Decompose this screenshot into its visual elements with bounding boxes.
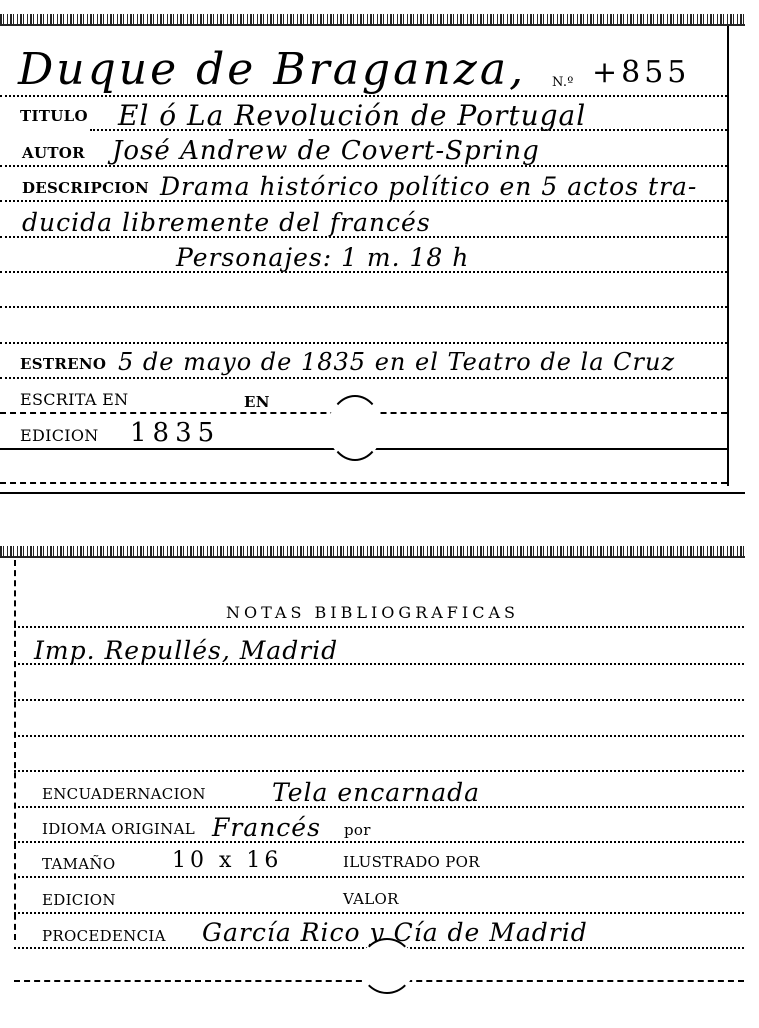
notes-rule-4 [14,770,744,772]
estreno-rule [0,377,727,379]
tamano-label: TAMAÑO [42,857,115,872]
card-bottom-rule [0,482,727,484]
idioma-original-label: IDIOMA ORIGINAL [42,822,195,837]
title-rule [0,95,727,97]
scan-edge-top [0,14,745,24]
estreno-value: 5 de mayo de 1835 en el Teatro de la Cru… [118,350,675,374]
notes-heading: NOTAS BIBLIOGRAFICAS [226,603,519,622]
descripcion-value-line3: Personajes: 1 m. 18 h [176,245,469,270]
ilustrado-por-label: ILUSTRADO POR [343,855,480,870]
card-bottom-edge [0,492,745,494]
number-value: +855 [592,58,690,88]
catalog-card-front: Duque de Braganza, N.º +855 TITULO El ó … [0,0,759,500]
catalog-card-back: NOTAS BIBLIOGRAFICAS Imp. Repullés, Madr… [0,540,759,1028]
edicion-rule [14,912,744,914]
blank-rule-1 [0,306,727,308]
punch-hole [328,395,382,461]
encuadernacion-label: ENCUADERNACION [42,787,206,802]
encuadernacion-rule [14,806,744,808]
autor-label: AUTOR [22,146,85,161]
descripcion-rule-3 [0,271,727,273]
escrita-en-second-label: EN [244,395,270,410]
note-line-1: Imp. Repullés, Madrid [34,638,338,663]
titulo-value: El ó La Revolución de Portugal [118,102,586,130]
titulo-label: TITULO [20,109,88,124]
scan-edge-top [0,546,745,556]
encuadernacion-value: Tela encarnada [272,780,480,805]
notes-rule-2 [14,699,744,701]
escrita-en-label: ESCRITA EN [20,392,128,408]
number-label: N.º [552,76,574,89]
play-title: Duque de Braganza, [18,48,526,92]
card-left-border [14,560,16,940]
edicion-label: EDICION [20,428,99,444]
notes-rule-0 [14,626,744,628]
idioma-original-rule [14,841,744,843]
edicion-label: EDICION [42,893,116,908]
punch-hole [360,938,414,994]
tamano-value: 10 x 16 [172,850,282,872]
edicion-value: 1835 [130,420,220,446]
descripcion-label: DESCRIPCION [22,181,149,196]
descripcion-rule-2 [0,236,727,238]
autor-rule [0,165,727,167]
notes-rule-1 [14,663,744,665]
estreno-label: ESTRENO [20,357,106,372]
idioma-original-value: Francés [212,815,321,840]
por-label: por [344,823,371,838]
tamano-rule [14,876,744,878]
titulo-rule [90,129,727,131]
notes-rule-3 [14,735,744,737]
valor-label: VALOR [343,892,399,907]
blank-rule-2 [0,342,727,344]
card-right-border [727,26,729,486]
descripcion-value-line2: ducida libremente del francés [22,210,431,235]
descripcion-rule [0,200,727,202]
descripcion-value: Drama histórico político en 5 actos tra- [160,174,697,199]
procedencia-label: PROCEDENCIA [42,929,166,944]
autor-value: José Andrew de Covert-Spring [112,138,540,164]
